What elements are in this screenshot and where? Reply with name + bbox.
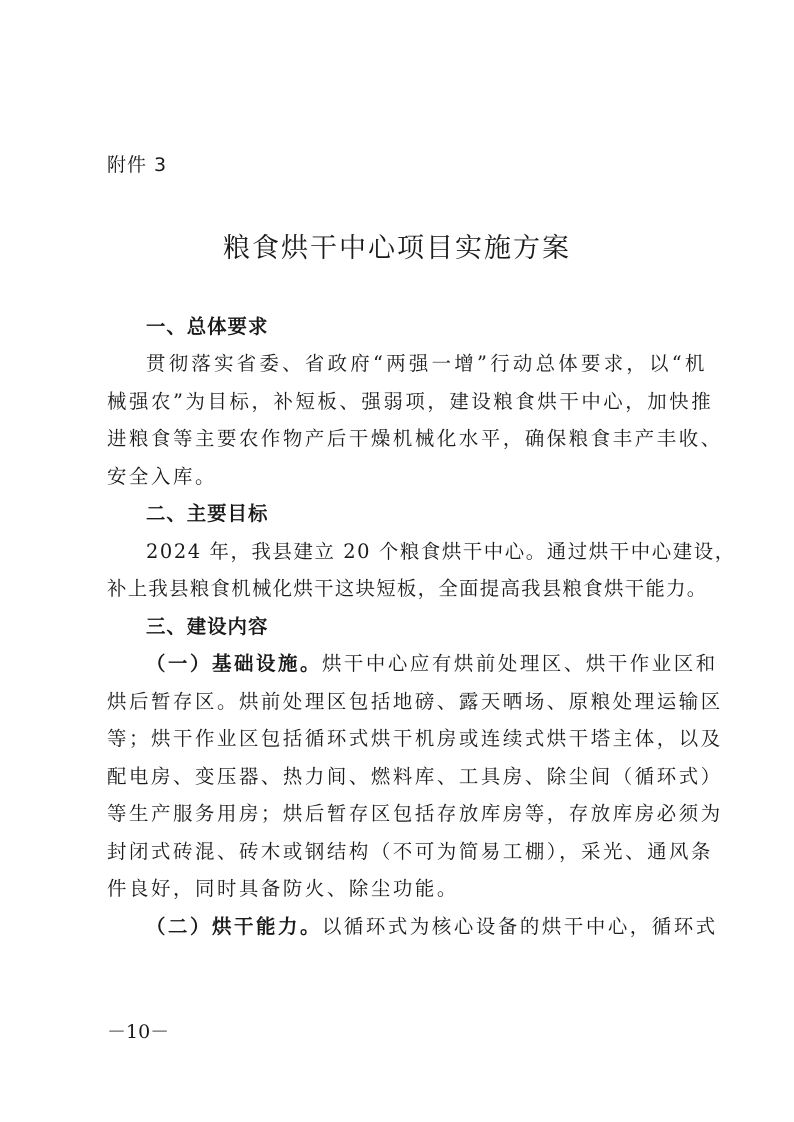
attachment-label: 附件 3 <box>107 150 167 177</box>
subsection-2-first-line: （二）烘干能力。以循环式为核心设备的烘干中心，循环式 <box>146 914 707 940</box>
paragraph-line: 等生产服务用房；烘后暂存区包括存放库房等，存放库房必须为 <box>107 801 707 827</box>
paragraph-line: 配电房、变压器、热力间、燃料库、工具房、除尘间（循环式） <box>107 764 707 790</box>
document-title: 粮食烘干中心项目实施方案 <box>0 226 794 265</box>
subsection-title: 基础设施。 <box>212 652 322 675</box>
paragraph-line: 械强农”为目标，补短板、强弱项，建设粮食烘干中心，加快推 <box>107 389 707 415</box>
subsection-text: 烘干中心应有烘前处理区、烘干作业区和 <box>322 652 718 675</box>
paragraph-line: 封闭式砖混、砖木或钢结构（不可为简易工棚），采光、通风条 <box>107 839 707 865</box>
paragraph-line: 件良好，同时具备防火、除尘功能。 <box>107 876 707 902</box>
subsection-label: （一） <box>146 652 212 675</box>
paragraph-line: 贯彻落实省委、省政府“两强一增”行动总体要求，以“机 <box>146 351 707 377</box>
subsection-text: 以循环式为核心设备的烘干中心，循环式 <box>322 915 718 938</box>
subsection-label: （二） <box>146 915 212 938</box>
document-page: 附件 3 粮食烘干中心项目实施方案 一、总体要求 贯彻落实省委、省政府“两强一增… <box>0 0 794 1122</box>
paragraph-line: 安全入库。 <box>107 464 707 490</box>
paragraph-line: 等；烘干作业区包括循环式烘干机房或连续式烘干塔主体，以及 <box>107 726 707 752</box>
paragraph-line: 烘后暂存区。烘前处理区包括地磅、露天晒场、原粮处理运输区 <box>107 689 707 715</box>
subsection-title: 烘干能力。 <box>212 915 322 938</box>
page-number: －10－ <box>107 1017 169 1044</box>
paragraph-line: 2024 年，我县建立 20 个粮食烘干中心。通过烘干中心建设， <box>146 539 707 565</box>
subsection-1-first-line: （一）基础设施。烘干中心应有烘前处理区、烘干作业区和 <box>146 651 707 677</box>
section-heading-1: 一、总体要求 <box>146 314 707 340</box>
section-heading-3: 三、建设内容 <box>146 614 707 640</box>
paragraph-line: 补上我县粮食机械化烘干这块短板，全面提高我县粮食烘干能力。 <box>107 576 707 602</box>
section-heading-2: 二、主要目标 <box>146 501 707 527</box>
paragraph-line: 进粮食等主要农作物产后干燥机械化水平，确保粮食丰产丰收、 <box>107 426 707 452</box>
